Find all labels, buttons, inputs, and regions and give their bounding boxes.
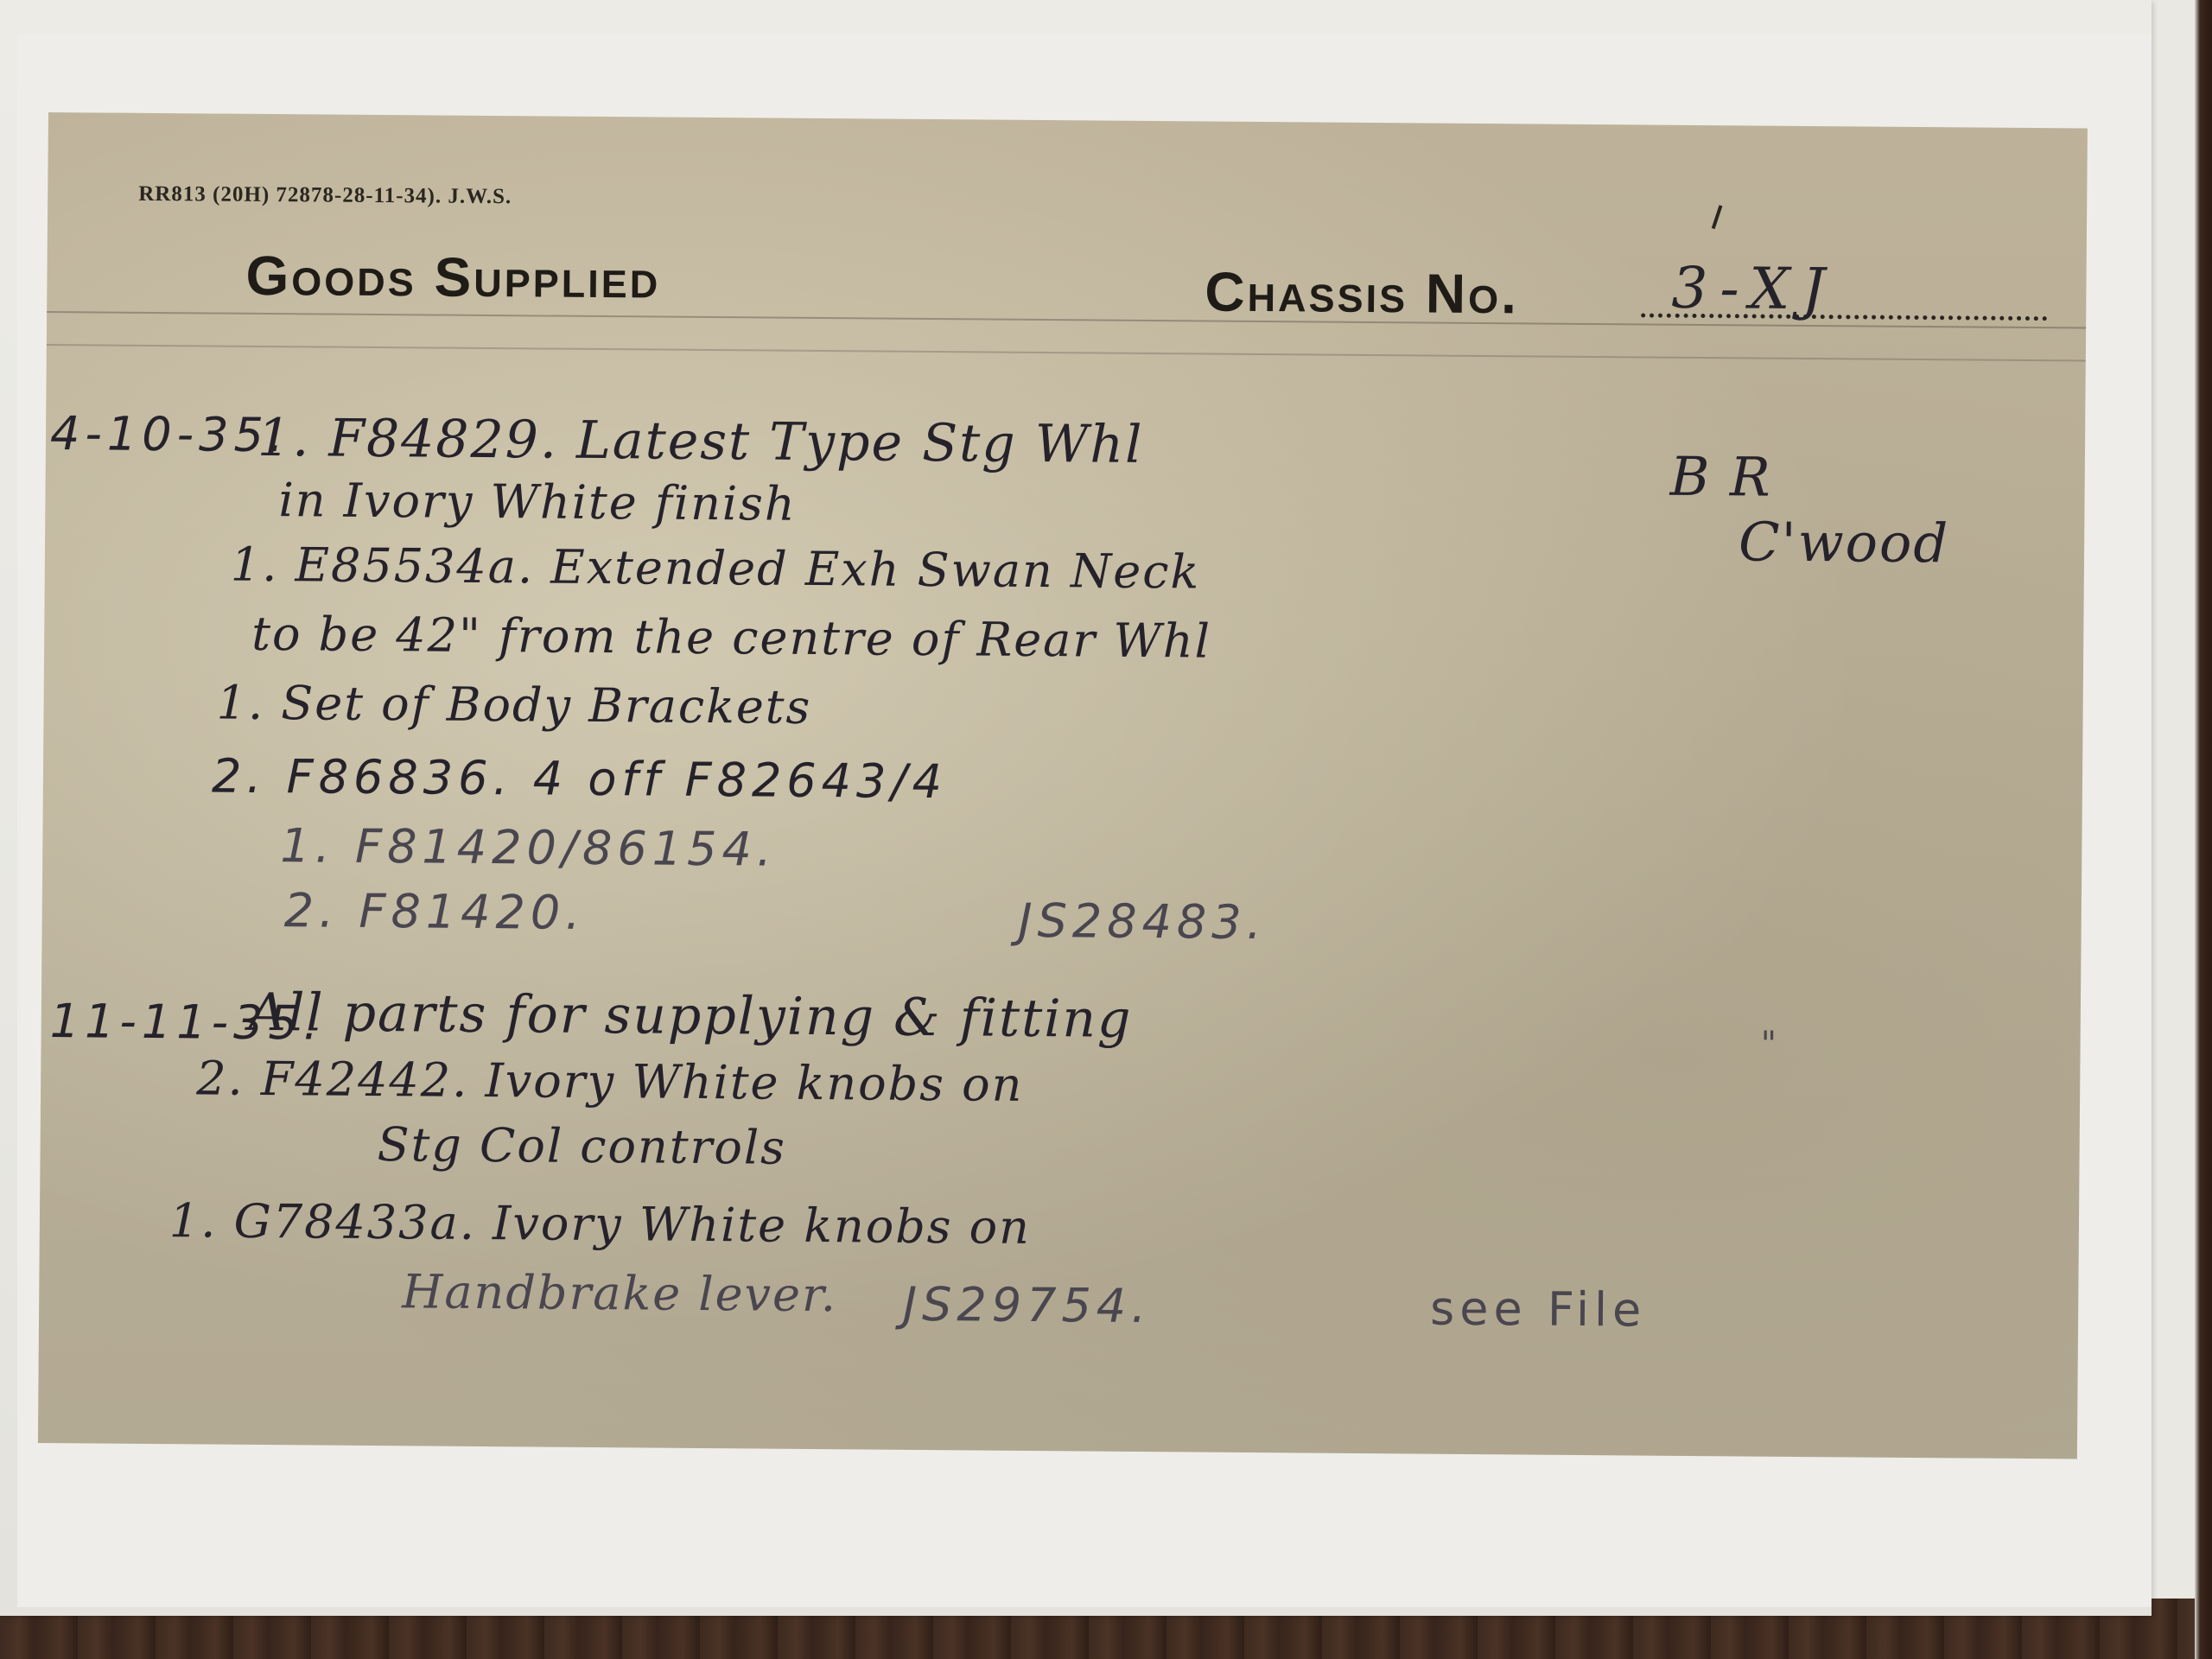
- side-note: C'wood: [1738, 510, 1949, 575]
- side-note: see File: [1430, 1281, 1647, 1338]
- wood-surface-edge: [2195, 0, 2212, 1659]
- chassis-label: Chassis No.: [1205, 260, 1519, 327]
- entry-reference: JS29754.: [903, 1277, 1152, 1333]
- form-code: RR813 (20H) 72878-28-11-34). J.W.S.: [138, 182, 512, 209]
- entry-line: Handbrake lever.: [402, 1264, 837, 1322]
- entry-line: 1. G78433a. Ivory White knobs on: [169, 1193, 1032, 1255]
- side-note: B R: [1669, 445, 1772, 509]
- goods-supplied-card: RR813 (20H) 72878-28-11-34). J.W.S. Good…: [38, 112, 2088, 1459]
- entry-line: 2. F81420.: [284, 883, 586, 940]
- entry-line: 1. F84829. Latest Type Stg Whl: [257, 408, 1144, 475]
- tick-mark: [1712, 205, 1723, 229]
- entry-date: 4-10-35.: [50, 406, 289, 462]
- entry-line: 1. Set of Body Brackets: [216, 676, 811, 734]
- entry-line: to be 42" from the centre of Rear Whl: [251, 607, 1211, 669]
- ditto-mark: ": [1760, 1025, 1778, 1065]
- header-rule-lower: [47, 344, 2086, 362]
- entry-line: 1. F81420/86154.: [280, 818, 777, 877]
- entry-reference: JS28483.: [1018, 893, 1267, 950]
- entry-line: 2. F42442. Ivory White knobs on: [196, 1051, 1024, 1112]
- entry-line: All parts for supplying & fitting: [249, 982, 1133, 1050]
- entry-line: in Ivory White finish: [278, 473, 797, 531]
- card-title: Goods Supplied: [245, 244, 660, 311]
- entry-line: 2. F86836. 4 off F82643/4: [212, 749, 947, 810]
- chassis-number: 3-XJ: [1671, 255, 1837, 323]
- entry-line: Stg Col controls: [377, 1117, 786, 1175]
- entry-line: 1. E85534a. Extended Exh Swan Neck: [231, 537, 1201, 600]
